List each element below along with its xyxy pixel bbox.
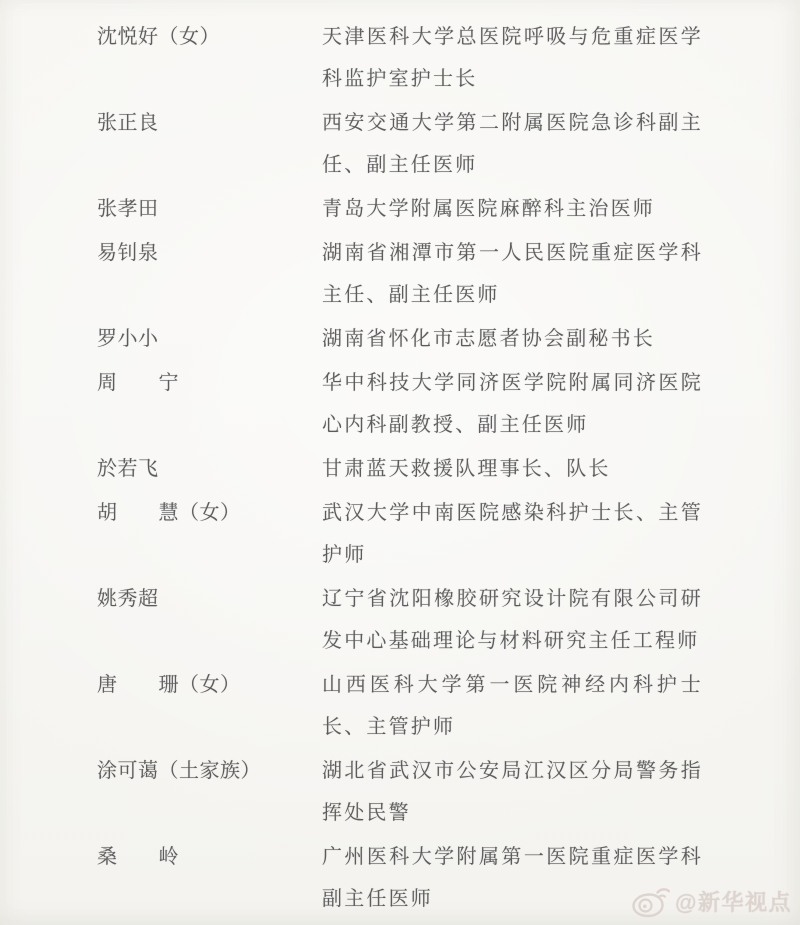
list-item: 罗小小 湖南省怀化市志愿者协会副秘书长 xyxy=(97,318,703,360)
list-item: 张孝田 青岛大学附属医院麻醉科主治医师 xyxy=(97,188,703,230)
person-title: 山西医科大学第一医院神经内科护士长、主管护师 xyxy=(322,664,703,748)
list-item: 周 宁 华中科技大学同济医学院附属同济医院心内科副教授、副主任医师 xyxy=(97,362,703,446)
person-name: 周 宁 xyxy=(97,362,322,446)
watermark: @新华视点 xyxy=(630,885,792,918)
list-item: 姚秀超 辽宁省沈阳橡胶研究设计院有限公司研发中心基础理论与材料研究主任工程师 xyxy=(97,578,703,662)
person-title: 湖北省武汉市公安局江汉区分局警务指挥处民警 xyxy=(322,750,703,834)
person-name: 唐 珊（女） xyxy=(97,664,322,748)
person-name: 易钊泉 xyxy=(97,232,322,316)
person-title: 湖南省湘潭市第一人民医院重症医学科主任、副主任医师 xyxy=(322,232,703,316)
weibo-logo-icon xyxy=(630,885,670,918)
person-title: 武汉大学中南医院感染科护士长、主管护师 xyxy=(322,492,703,576)
person-name: 罗小小 xyxy=(97,318,322,360)
watermark-handle: @新华视点 xyxy=(675,886,792,917)
scanned-document-page: 沈悦好（女） 天津医科大学总医院呼吸与危重症医学科监护室护士长 张正良 西安交通… xyxy=(0,0,800,925)
person-name: 张正良 xyxy=(97,102,322,186)
list-item: 沈悦好（女） 天津医科大学总医院呼吸与危重症医学科监护室护士长 xyxy=(97,16,703,100)
person-title: 西安交通大学第二附属医院急诊科副主任、副主任医师 xyxy=(322,102,703,186)
person-title: 甘肃蓝天救援队理事长、队长 xyxy=(322,448,703,490)
list-item: 张正良 西安交通大学第二附属医院急诊科副主任、副主任医师 xyxy=(97,102,703,186)
list-item: 桑 岭 广州医科大学附属第一医院重症医学科副主任医师 xyxy=(97,836,703,920)
person-name: 於若飞 xyxy=(97,448,322,490)
list-item: 胡 慧（女） 武汉大学中南医院感染科护士长、主管护师 xyxy=(97,492,703,576)
person-name: 胡 慧（女） xyxy=(97,492,322,576)
person-name: 涂可蔼（土家族） xyxy=(97,750,322,834)
list-item: 易钊泉 湖南省湘潭市第一人民医院重症医学科主任、副主任医师 xyxy=(97,232,703,316)
person-title: 华中科技大学同济医学院附属同济医院心内科副教授、副主任医师 xyxy=(322,362,703,446)
list-item: 涂可蔼（土家族） 湖北省武汉市公安局江汉区分局警务指挥处民警 xyxy=(97,750,703,834)
person-title: 湖南省怀化市志愿者协会副秘书长 xyxy=(322,318,703,360)
person-title: 天津医科大学总医院呼吸与危重症医学科监护室护士长 xyxy=(322,16,703,100)
person-name: 姚秀超 xyxy=(97,578,322,662)
list-item: 唐 珊（女） 山西医科大学第一医院神经内科护士长、主管护师 xyxy=(97,664,703,748)
person-name: 张孝田 xyxy=(97,188,322,230)
person-title: 辽宁省沈阳橡胶研究设计院有限公司研发中心基础理论与材料研究主任工程师 xyxy=(322,578,703,662)
person-name: 桑 岭 xyxy=(97,836,322,920)
person-name: 沈悦好（女） xyxy=(97,16,322,100)
list-item: 於若飞 甘肃蓝天救援队理事长、队长 xyxy=(97,448,703,490)
commendation-list: 沈悦好（女） 天津医科大学总医院呼吸与危重症医学科监护室护士长 张正良 西安交通… xyxy=(97,16,703,922)
person-title: 青岛大学附属医院麻醉科主治医师 xyxy=(322,188,703,230)
